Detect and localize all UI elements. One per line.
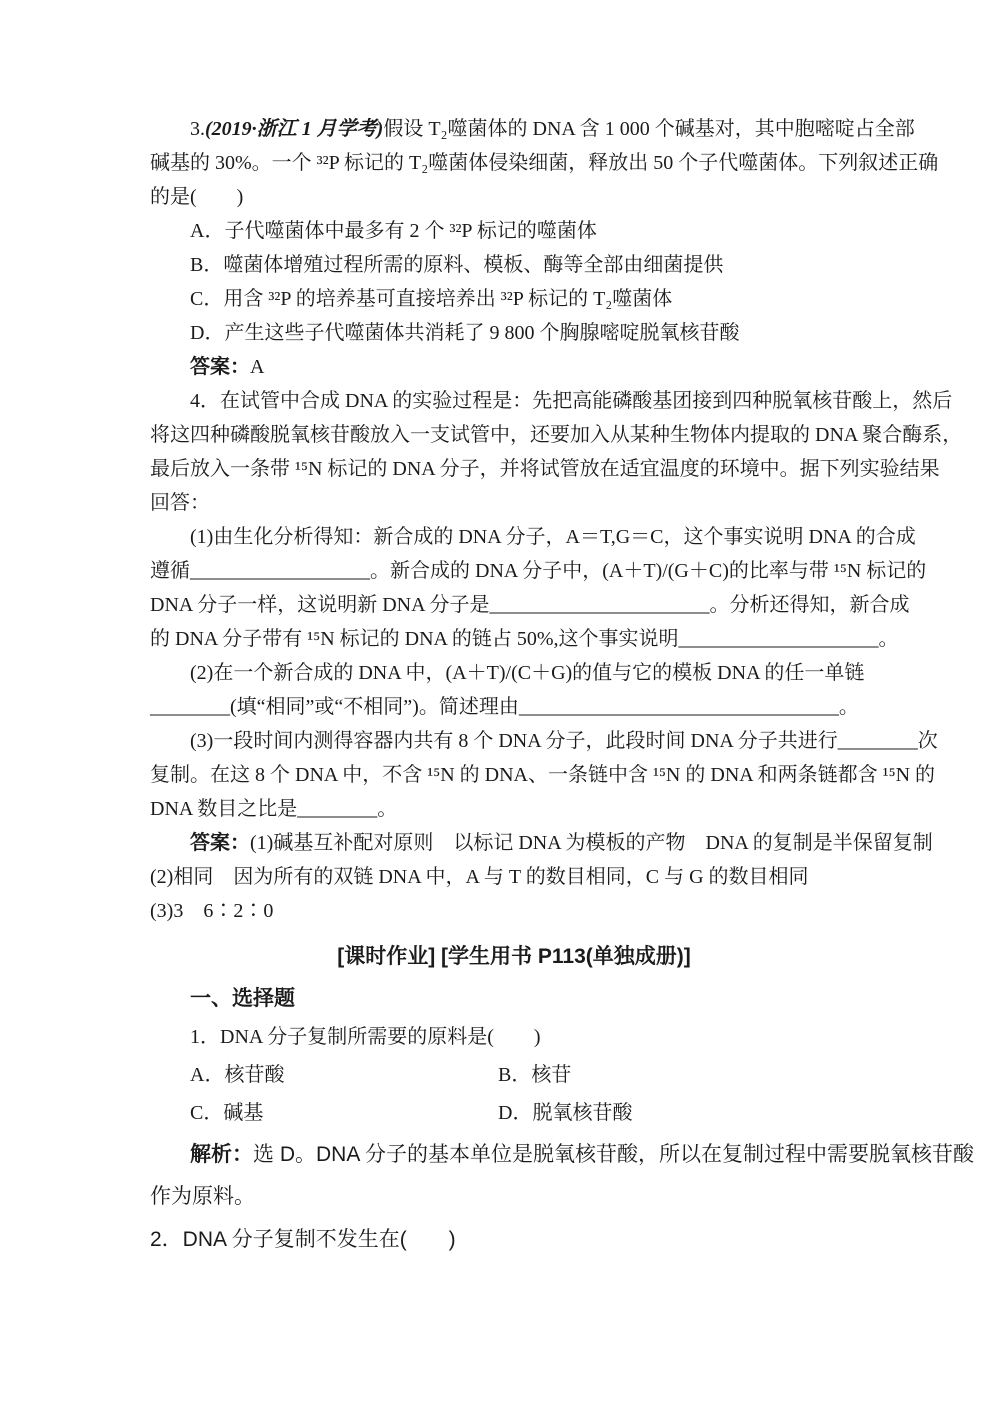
hw-q1-analysis-text: 选 D。DNA 分子的基本单位是脱氧核苷酸，所以在复制过程中需要脱氧核苷酸 <box>253 1143 974 1166</box>
q4-part1-line2: 遵循__________________。新合成的 DNA 分子中，(A＋T)/… <box>150 554 878 588</box>
q3-answer-value: A <box>250 356 264 378</box>
q4-part2-line1: (2)在一个新合成的 DNA 中，(A＋T)/(C＋G)的值与它的模板 DNA … <box>150 656 878 690</box>
q4-part1-line4: 的 DNA 分子带有 ¹⁵N 标记的 DNA 的链占 50%,这个事实说明___… <box>150 622 878 656</box>
q3-stem-line1: 3.(2019·浙江 1 月学考)假设 T₂噬菌体的 DNA 含 1 000 个… <box>150 112 878 146</box>
q4-part3-line1: (3)一段时间内测得容器内共有 8 个 DNA 分子，此段时间 DNA 分子共进… <box>150 724 878 758</box>
q4-answer-line3: (3)3 6∶2∶0 <box>150 894 878 928</box>
hw-q1-option-b: B．核苷 <box>498 1056 571 1094</box>
q3-source: (2019·浙江 1 月学考) <box>205 118 383 140</box>
section1-title: 一、选择题 <box>150 980 878 1018</box>
hw-q1-option-c: C．碱基 <box>190 1094 498 1132</box>
hw-q1-option-a: A．核苷酸 <box>190 1056 498 1094</box>
q4-stem-line2: 将这四种磷酸脱氧核苷酸放入一支试管中，还要加入从某种生物体内提取的 DNA 聚合… <box>150 418 878 452</box>
q3-option-a: A．子代噬菌体中最多有 2 个 ³²P 标记的噬菌体 <box>150 214 878 248</box>
hw-q1-analysis-line1: 解析：选 D。DNA 分子的基本单位是脱氧核苷酸，所以在复制过程中需要脱氧核苷酸 <box>150 1136 878 1174</box>
q3-number: 3. <box>190 118 205 140</box>
q4-stem-line3: 最后放入一条带 ¹⁵N 标记的 DNA 分子，并将试管放在适宜温度的环境中。据下… <box>150 452 878 486</box>
q3-stem-line3: 的是( ) <box>150 180 878 214</box>
hw-q1-options-row1: A．核苷酸B．核苷 <box>150 1056 878 1094</box>
q3-option-d: D．产生这些子代噬菌体共消耗了 9 800 个胸腺嘧啶脱氧核苷酸 <box>150 316 878 350</box>
q4-answer-line1: 答案：(1)碱基互补配对原则 以标记 DNA 为模板的产物 DNA 的复制是半保… <box>150 826 878 860</box>
q3-answer-line: 答案：A <box>150 350 878 384</box>
q4-part3-line2: 复制。在这 8 个 DNA 中，不含 ¹⁵N 的 DNA、一条链中含 ¹⁵N 的… <box>150 758 878 792</box>
q4-answer-line2: (2)相同 因为所有的双链 DNA 中，A 与 T 的数目相同，C 与 G 的数… <box>150 860 878 894</box>
q3-stem-line2: 碱基的 30%。一个 ³²P 标记的 T₂噬菌体侵染细菌，释放出 50 个子代噬… <box>150 146 878 180</box>
q4-stem-line4: 回答： <box>150 486 878 520</box>
page-content: 3.(2019·浙江 1 月学考)假设 T₂噬菌体的 DNA 含 1 000 个… <box>150 112 878 1259</box>
hw-q1-options-row2: C．碱基D．脱氧核苷酸 <box>150 1094 878 1132</box>
homework-section: [课时作业] [学生用书 P113(单独成册)] 一、选择题 1．DNA 分子复… <box>150 938 878 1259</box>
q3-answer-label: 答案： <box>190 356 250 378</box>
q3-stem-text: 假设 T₂噬菌体的 DNA 含 1 000 个碱基对，其中胞嘧啶占全部 <box>383 118 914 140</box>
document-page: 3.(2019·浙江 1 月学考)假设 T₂噬菌体的 DNA 含 1 000 个… <box>0 0 1000 1414</box>
q4-stem-line1: 4．在试管中合成 DNA 的实验过程是：先把高能磷酸基团接到四种脱氧核苷酸上，然… <box>150 384 878 418</box>
hw-q1-analysis-line2: 作为原料。 <box>150 1178 878 1216</box>
q4-part2-line2: ________(填“相同”或“不相同”)。简述理由______________… <box>150 690 878 724</box>
q4-part1-line1: (1)由生化分析得知：新合成的 DNA 分子，A＝T,G＝C，这个事实说明 DN… <box>150 520 878 554</box>
q4-answer-label: 答案： <box>190 832 250 854</box>
homework-header: [课时作业] [学生用书 P113(单独成册)] <box>150 938 878 976</box>
q3-option-b: B．噬菌体增殖过程所需的原料、模板、酶等全部由细菌提供 <box>150 248 878 282</box>
q3-option-c: C．用含 ³²P 的培养基可直接培养出 ³²P 标记的 T₂噬菌体 <box>150 282 878 316</box>
hw-q2-stem: 2．DNA 分子复制不发生在( ) <box>150 1221 878 1259</box>
q4-part1-line3: DNA 分子一样，这说明新 DNA 分子是___________________… <box>150 588 878 622</box>
hw-q1-option-d: D．脱氧核苷酸 <box>498 1094 632 1132</box>
q4-part3-line3: DNA 数目之比是________。 <box>150 792 878 826</box>
q4-answer-part1: (1)碱基互补配对原则 以标记 DNA 为模板的产物 DNA 的复制是半保留复制 <box>250 832 933 854</box>
hw-q1-stem: 1．DNA 分子复制所需要的原料是( ) <box>150 1018 878 1056</box>
hw-q1-analysis-label: 解析： <box>190 1143 253 1166</box>
